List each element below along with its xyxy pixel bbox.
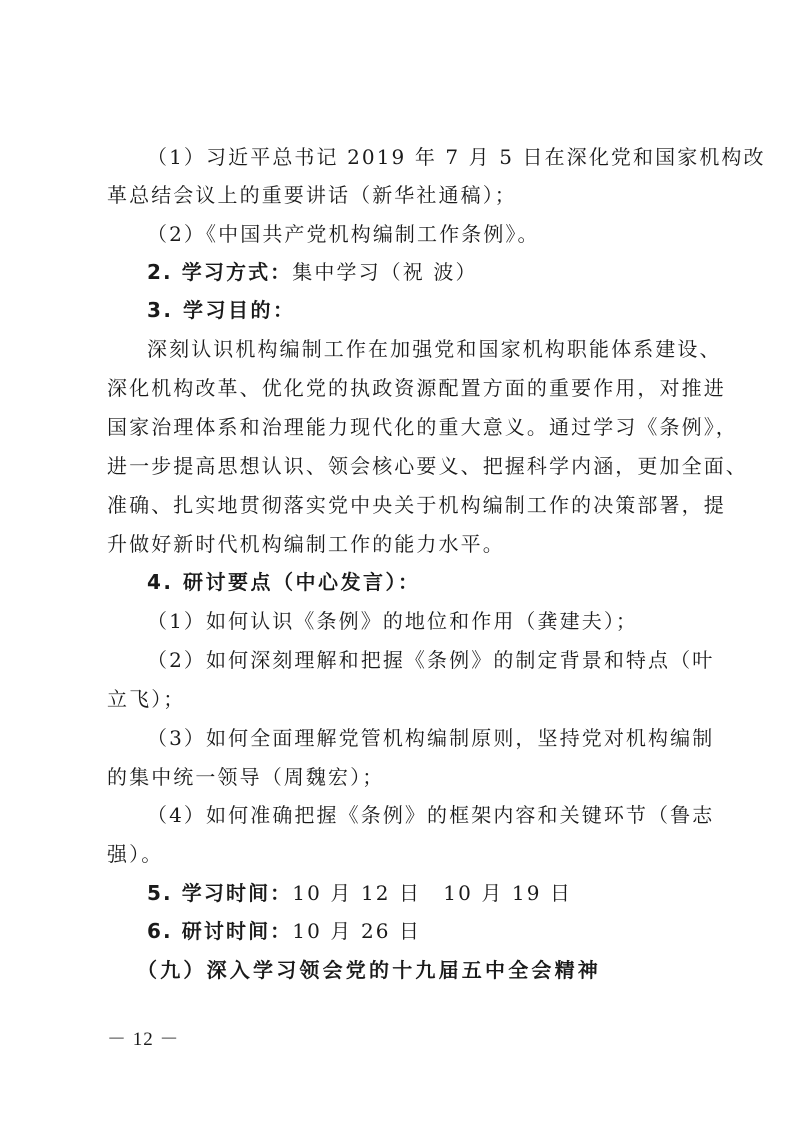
discussion-time: 6. 研讨时间：10 月 26 日 — [147, 919, 695, 943]
study-time: 5. 学习时间：10 月 12 日 10 月 19 日 — [147, 881, 695, 905]
study-time-value: 10 月 12 日 10 月 19 日 — [292, 881, 572, 905]
discussion-point-2-line-2: 立飞）； — [107, 687, 695, 711]
page-number: － 12 － — [107, 1024, 180, 1051]
goal-paragraph-line-1: 深刻认识机构编制工作在加强党和国家机构职能体系建设、 — [147, 337, 695, 361]
discussion-time-value: 10 月 26 日 — [292, 919, 421, 943]
goal-paragraph-line-2: 深化机构改革、优化党的执政资源配置方面的重要作用，对推进 — [107, 376, 695, 400]
discussion-points-label: 4. 研讨要点（中心发言）： — [147, 570, 695, 594]
study-method: 2. 学习方式：集中学习（祝 波） — [147, 260, 695, 284]
study-method-label: 2. 学习方式： — [147, 260, 292, 284]
discussion-point-4-line-2: 强）。 — [107, 842, 695, 866]
study-method-value: 集中学习（祝 波） — [292, 260, 477, 284]
study-goal-label: 3. 学习目的： — [147, 298, 695, 322]
discussion-point-3-line-1: （3）如何全面理解党管机构编制原则，坚持党对机构编制 — [147, 726, 695, 750]
reference-item-1-line-1: （1）习近平总书记 2019 年 7 月 5 日在深化党和国家机构改 — [147, 145, 695, 169]
discussion-point-1: （1）如何认识《条例》的地位和作用（龚建夫）； — [147, 609, 695, 633]
discussion-time-label: 6. 研讨时间： — [147, 919, 292, 943]
section-heading: （九）深入学习领会党的十九届五中全会精神 — [137, 958, 725, 982]
discussion-point-4-line-1: （4）如何准确把握《条例》的框架内容和关键环节（鲁志 — [147, 803, 695, 827]
discussion-point-2-line-1: （2）如何深刻理解和把握《条例》的制定背景和特点（叶 — [147, 648, 695, 672]
reference-item-1-line-2: 革总结会议上的重要讲话（新华社通稿）； — [107, 183, 695, 207]
document-page: （1）习近平总书记 2019 年 7 月 5 日在深化党和国家机构改 革总结会议… — [0, 0, 793, 1122]
goal-paragraph-line-6: 升做好新时代机构编制工作的能力水平。 — [107, 532, 695, 556]
goal-paragraph-line-4: 进一步提高思想认识、领会核心要义、把握科学内涵，更加全面、 — [107, 454, 695, 478]
goal-paragraph-line-5: 准确、扎实地贯彻落实党中央关于机构编制工作的决策部署，提 — [107, 493, 695, 517]
discussion-point-3-line-2: 的集中统一领导（周魏宏）； — [107, 765, 695, 789]
study-time-label: 5. 学习时间： — [147, 881, 292, 905]
reference-item-2: （2）《中国共产党机构编制工作条例》。 — [147, 222, 695, 246]
goal-paragraph-line-3: 国家治理体系和治理能力现代化的重大意义。通过学习《条例》， — [107, 415, 695, 439]
